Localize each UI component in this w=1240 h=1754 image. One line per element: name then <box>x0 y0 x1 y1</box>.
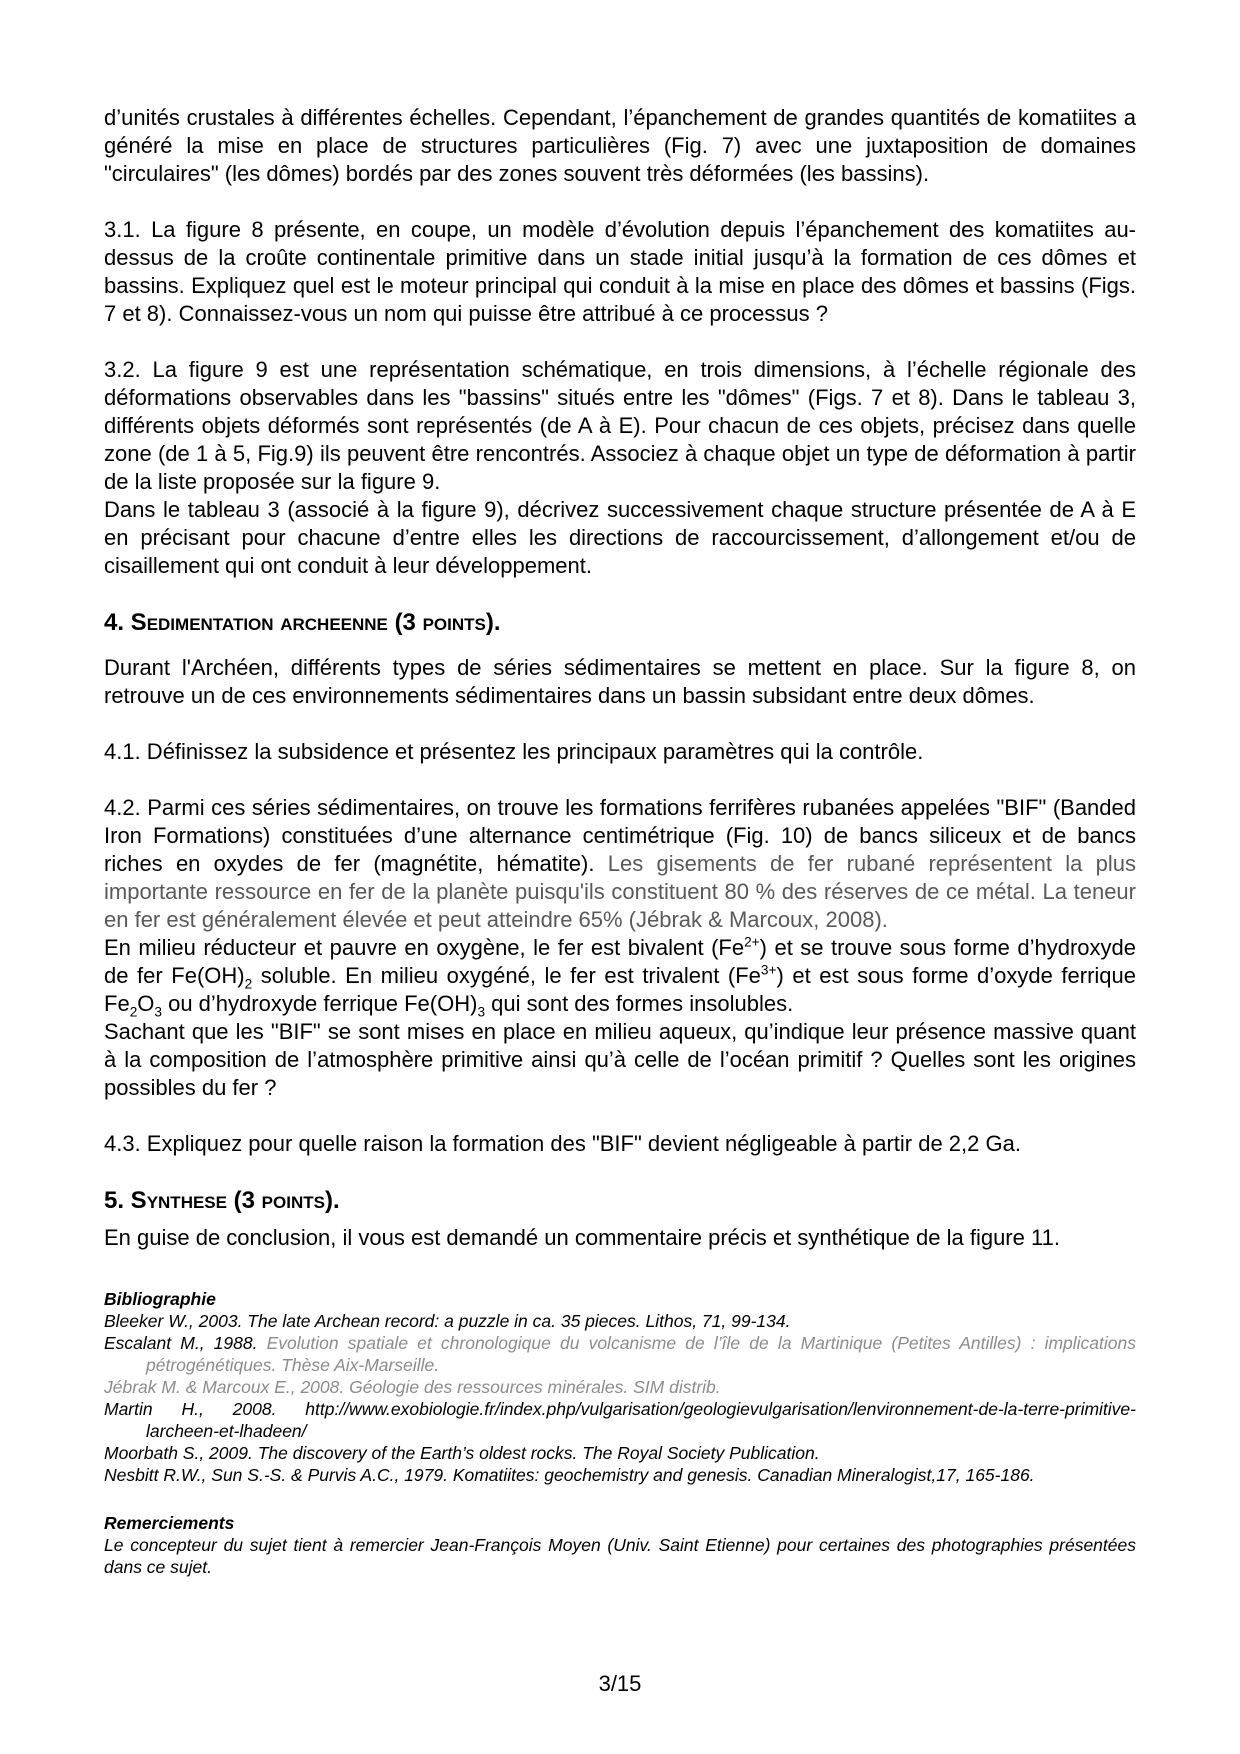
bibliography-list: Bleeker W., 2003. The late Archean recor… <box>104 1310 1136 1486</box>
section-5-text: En guise de conclusion, il vous est dema… <box>104 1224 1136 1252</box>
bibliography-entry: Escalant M., 1988. Evolution spatiale et… <box>104 1332 1136 1376</box>
question-4-2-part3: Sachant que les "BIF" se sont mises en p… <box>104 1018 1136 1102</box>
section-5-heading: 5. Synthese (3 points). <box>104 1186 1136 1216</box>
document-page: d’unités crustales à différentes échelle… <box>0 0 1240 1754</box>
question-4-3: 4.3. Expliquez pour quelle raison la for… <box>104 1130 1136 1158</box>
question-3-1: 3.1. La figure 8 présente, en coupe, un … <box>104 216 1136 328</box>
question-4-2-part1: 4.2. Parmi ces séries sédimentaires, on … <box>104 794 1136 934</box>
bibliography-entry: Nesbitt R.W., Sun S.-S. & Purvis A.C., 1… <box>104 1464 1136 1486</box>
bibliography-entry: Martin H., 2008. http://www.exobiologie.… <box>104 1398 1136 1442</box>
question-4-1: 4.1. Définissez la subsidence et présent… <box>104 738 1136 766</box>
intro-paragraph: d’unités crustales à différentes échelle… <box>104 104 1136 188</box>
remerciements-section: Remerciements Le concepteur du sujet tie… <box>104 1512 1136 1578</box>
section-4-heading: 4. Sedimentation archeenne (3 points). <box>104 608 1136 638</box>
bibliography-section: Bibliographie Bleeker W., 2003. The late… <box>104 1288 1136 1486</box>
page-number: 3/15 <box>104 1670 1136 1698</box>
remerciements-title: Remerciements <box>104 1512 1136 1534</box>
question-4-2-part2: En milieu réducteur et pauvre en oxygène… <box>104 934 1136 1018</box>
remerciements-text: Le concepteur du sujet tient à remercier… <box>104 1534 1136 1578</box>
bibliography-entry: Moorbath S., 2009. The discovery of the … <box>104 1442 1136 1464</box>
bibliography-entry: Jébrak M. & Marcoux E., 2008. Géologie d… <box>104 1376 1136 1398</box>
section-4-intro: Durant l'Archéen, différents types de sé… <box>104 654 1136 710</box>
question-3-2-part1: 3.2. La figure 9 est une représentation … <box>104 356 1136 496</box>
question-3-2-part2: Dans le tableau 3 (associé à la figure 9… <box>104 496 1136 580</box>
bibliography-title: Bibliographie <box>104 1288 1136 1310</box>
bibliography-entry: Bleeker W., 2003. The late Archean recor… <box>104 1310 1136 1332</box>
